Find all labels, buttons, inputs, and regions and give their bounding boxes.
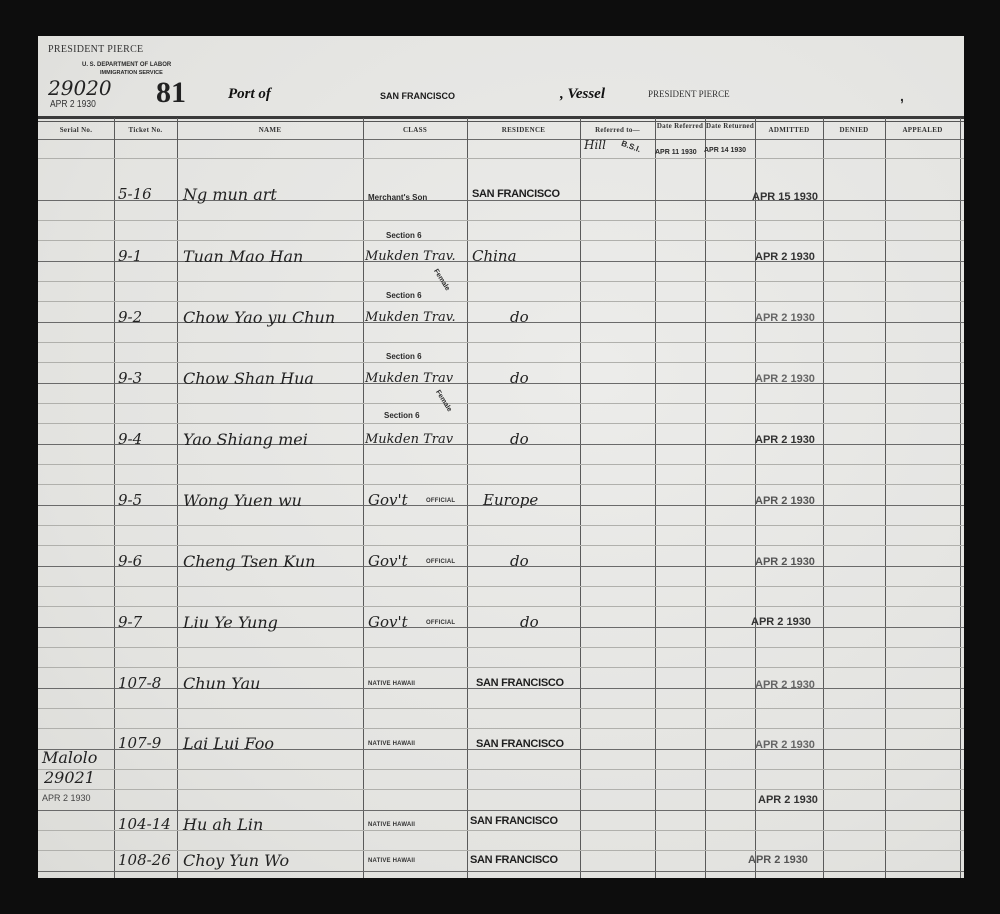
ticket-cell: 9-5 <box>118 491 142 509</box>
col-admitted: ADMITTED <box>755 126 823 134</box>
grid-hline <box>38 667 964 668</box>
grid-hline <box>38 464 964 465</box>
class-cell: NATIVE HAWAII <box>368 822 415 828</box>
class-cell: Gov't <box>368 552 408 570</box>
class-cell: NATIVE HAWAII <box>368 741 415 747</box>
residence-cell: SAN FRANCISCO <box>470 854 558 866</box>
referred-stamp: B.S.I. <box>620 139 642 154</box>
class-suffix: OFFICIAL <box>426 620 455 626</box>
port-value: SAN FRANCISCO <box>380 91 455 101</box>
grid-hline <box>38 606 964 607</box>
grid-hline <box>38 830 964 831</box>
grid-hline <box>38 403 964 404</box>
second-vessel-admitted: APR 2 1930 <box>758 794 818 806</box>
name-cell: Hu ah Lin <box>183 815 263 834</box>
residence-cell: Europe <box>483 491 538 509</box>
grid-hline <box>38 871 964 872</box>
col-date-referred: Date Referred <box>655 122 705 130</box>
referred-to-value: Hill <box>584 138 606 152</box>
second-vessel-file-number: 29021 <box>44 768 95 787</box>
second-vessel-date: APR 2 1930 <box>42 793 91 803</box>
grid-hline <box>38 769 964 770</box>
col-serial: Serial No. <box>38 126 114 134</box>
ticket-cell: 107-8 <box>118 674 161 692</box>
card-header: PRESIDENT PIERCE U. S. DEPARTMENT OF LAB… <box>38 36 964 118</box>
residence-cell: do <box>510 369 529 387</box>
name-cell: Choy Yun Wo <box>183 851 289 870</box>
grid-hline <box>38 484 964 485</box>
grid-hline <box>38 423 964 424</box>
class-cell: Mukden Trav <box>365 371 453 386</box>
grid-hline <box>38 566 964 567</box>
grid-vline <box>467 118 468 878</box>
grid-hline <box>38 789 964 790</box>
second-vessel-name: Malolo <box>42 748 97 767</box>
grid-hline <box>38 647 964 648</box>
admitted-cell: APR 2 1930 <box>755 556 815 568</box>
residence-cell: SAN FRANCISCO <box>476 677 564 689</box>
ticket-cell: 9-1 <box>118 247 142 265</box>
name-cell: Tuan Mao Han <box>183 247 303 266</box>
class-cell: Gov't <box>368 613 408 631</box>
col-date-returned: Date Returned <box>705 122 755 130</box>
residence-cell: SAN FRANCISCO <box>472 188 560 200</box>
name-cell: Liu Ye Yung <box>183 613 278 632</box>
ticket-cell: 9-7 <box>118 613 142 631</box>
file-number: 29020 <box>48 76 112 100</box>
admitted-cell: APR 2 1930 <box>748 854 808 866</box>
name-cell: Wong Yuen wu <box>183 491 302 510</box>
residence-cell: SAN FRANCISCO <box>476 738 564 750</box>
class-note: Section 6 <box>384 411 420 420</box>
class-cell: Mukden Trav <box>365 432 453 447</box>
grid-hline <box>38 342 964 343</box>
class-cell: NATIVE HAWAII <box>368 681 415 687</box>
manifest-card: PRESIDENT PIERCE U. S. DEPARTMENT OF LAB… <box>38 36 964 878</box>
grid-vline <box>705 118 706 878</box>
admitted-cell: APR 2 1930 <box>755 251 815 263</box>
grid-hline <box>38 220 964 221</box>
class-cell: Gov't <box>368 491 408 509</box>
grid-hline <box>38 586 964 587</box>
ticket-cell: 9-2 <box>118 308 142 326</box>
admitted-cell: APR 2 1930 <box>755 373 815 385</box>
grid-hline <box>38 444 964 445</box>
grid-vline <box>177 118 178 878</box>
name-cell: Ng mun art <box>183 185 277 204</box>
class-suffix: OFFICIAL <box>426 559 455 565</box>
grid-vline <box>885 118 886 878</box>
grid-hline <box>38 281 964 282</box>
ticket-cell: 9-4 <box>118 430 142 448</box>
female-stamp: Female <box>434 389 453 413</box>
file-date: APR 2 1930 <box>50 99 96 110</box>
name-cell: Chow Yao yu Chun <box>183 308 335 327</box>
grid-hline <box>38 810 964 811</box>
admitted-cell: APR 2 1930 <box>751 616 811 628</box>
col-denied: DENIED <box>823 126 885 134</box>
residence-cell: do <box>510 552 529 570</box>
grid-vline <box>655 118 656 878</box>
grid-hline <box>38 362 964 363</box>
name-cell: Cheng Tsen Kun <box>183 552 315 571</box>
admitted-cell: APR 2 1930 <box>755 679 815 691</box>
class-note: Section 6 <box>386 231 422 240</box>
grid-hline <box>38 240 964 241</box>
col-referred-to: Referred to— <box>580 126 655 134</box>
class-suffix: OFFICIAL <box>426 498 455 504</box>
name-cell: Chun Yau <box>183 674 260 693</box>
grid-vline <box>580 118 581 878</box>
col-appealed: APPEALED <box>885 126 960 134</box>
name-cell: Yao Shiang mei <box>183 430 308 449</box>
grid-vline <box>960 118 961 878</box>
residence-cell: China <box>472 247 517 265</box>
grid-hline <box>38 708 964 709</box>
grid-hline <box>38 728 964 729</box>
ticket-cell: 108-26 <box>118 851 171 869</box>
grid-hline <box>38 525 964 526</box>
ticket-cell: 104-14 <box>118 815 171 833</box>
grid-hline <box>38 383 964 384</box>
admitted-cell: APR 2 1930 <box>755 312 815 324</box>
grid-hline <box>38 850 964 851</box>
name-cell: Lai Lui Foo <box>183 734 274 753</box>
admitted-cell: APR 2 1930 <box>755 739 815 751</box>
residence-cell: do <box>510 308 529 326</box>
col-name: NAME <box>177 126 363 134</box>
list-number: 81 <box>156 76 186 110</box>
class-cell: Mukden Trav. <box>365 310 456 325</box>
department-label: U. S. DEPARTMENT OF LABOR <box>82 62 171 68</box>
class-cell: Merchant's Son <box>368 193 427 202</box>
col-class: CLASS <box>363 126 467 134</box>
date-referred-value: APR 11 1930 <box>655 149 697 156</box>
date-returned-value: APR 14 1930 <box>704 147 746 154</box>
header-trailing-comma: , <box>900 88 904 104</box>
port-of-label: Port of <box>228 86 271 103</box>
col-ticket: Ticket No. <box>114 126 177 134</box>
col-residence: RESIDENCE <box>467 126 580 134</box>
class-cell: Mukden Trav. <box>365 249 456 264</box>
grid-vline <box>363 118 364 878</box>
grid-hline <box>38 301 964 302</box>
grid-hline <box>38 322 964 323</box>
residence-cell: do <box>520 613 539 631</box>
residence-cell: do <box>510 430 529 448</box>
vessel-label: , Vessel <box>560 86 605 103</box>
grid-hline <box>38 545 964 546</box>
ticket-cell: 9-3 <box>118 369 142 387</box>
residence-cell: SAN FRANCISCO <box>470 815 558 827</box>
grid-hline <box>38 627 964 628</box>
class-note: Section 6 <box>386 352 422 361</box>
class-note: Section 6 <box>386 291 422 300</box>
grid-hline <box>38 158 964 159</box>
ticket-cell: 5-16 <box>118 185 152 203</box>
ticket-cell: 107-9 <box>118 734 161 752</box>
class-cell: NATIVE HAWAII <box>368 858 415 864</box>
grid-vline <box>823 118 824 878</box>
admitted-cell: APR 15 1930 <box>752 191 818 203</box>
ticket-cell: 9-6 <box>118 552 142 570</box>
grid-hline <box>38 200 964 201</box>
admitted-cell: APR 2 1930 <box>755 495 815 507</box>
vessel-value: PRESIDENT PIERCE <box>648 89 730 99</box>
admitted-cell: APR 2 1930 <box>755 434 815 446</box>
name-cell: Chow Shan Hua <box>183 369 314 388</box>
vessel-stamp-top: PRESIDENT PIERCE <box>48 44 143 55</box>
grid-vline <box>114 118 115 878</box>
